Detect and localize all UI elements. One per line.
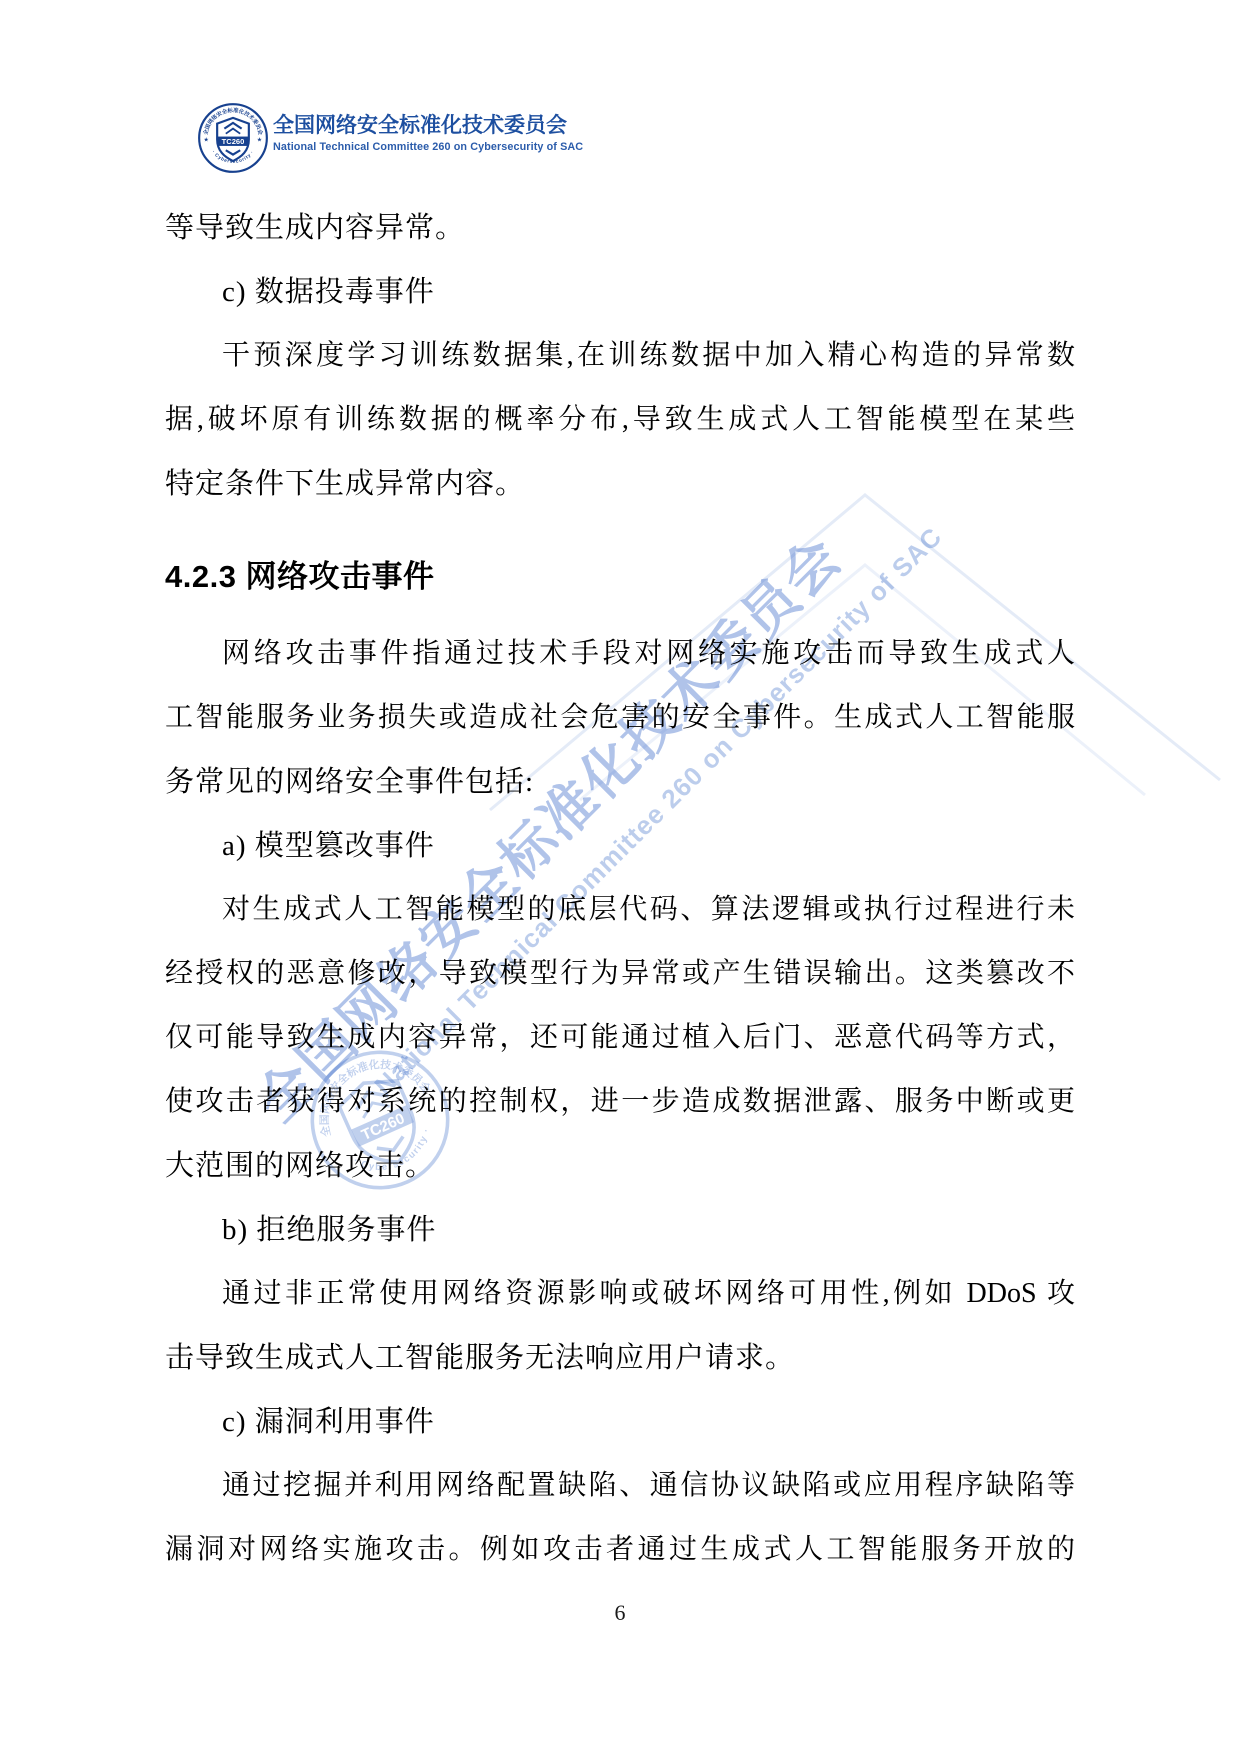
badge-star-right: ★	[257, 137, 262, 144]
text-line: 经授权的恶意修改，导致模型行为异常或产生错误输出。这类篡改不	[165, 942, 1075, 1006]
text-line: 大范围的网络攻击。	[165, 1134, 1075, 1198]
text-line: 工智能服务业务损失或造成社会危害的安全事件。生成式人工智能服	[165, 686, 1075, 750]
text-line: 等导致生成内容异常。	[165, 196, 1075, 260]
text-line: 仅可能导致生成内容异常，还可能通过植入后门、恶意代码等方式，	[165, 1006, 1075, 1070]
tc260-badge-icon: 全国网络安全标准化技术委员会 · Cybersecurity · ★ ★ TC2…	[197, 102, 269, 174]
text-line: 漏洞对网络实施攻击。例如攻击者通过生成式人工智能服务开放的	[165, 1518, 1075, 1582]
text-line: 干预深度学习训练数据集,在训练数据中加入精心构造的异常数	[165, 324, 1075, 388]
document-page: 全国网络安全标准化技术委员会 National Technical Commit…	[0, 0, 1240, 1754]
committee-header: 全国网络安全标准化技术委员会 · Cybersecurity · ★ ★ TC2…	[0, 0, 1240, 180]
list-item-c: c) 数据投毒事件	[165, 260, 1075, 324]
text-line: 对生成式人工智能模型的底层代码、算法逻辑或执行过程进行未	[165, 878, 1075, 942]
badge-star-left: ★	[203, 137, 208, 144]
list-item-b: b) 拒绝服务事件	[165, 1198, 1075, 1262]
document-body: 等导致生成内容异常。 c) 数据投毒事件 干预深度学习训练数据集,在训练数据中加…	[165, 196, 1075, 1582]
text-line: 据,破坏原有训练数据的概率分布,导致生成式人工智能模型在某些	[165, 388, 1075, 452]
badge-label: TC260	[222, 137, 245, 146]
page-number: 6	[165, 1598, 1075, 1628]
list-item-c2: c) 漏洞利用事件	[165, 1390, 1075, 1454]
text-line: 通过挖掘并利用网络配置缺陷、通信协议缺陷或应用程序缺陷等	[165, 1454, 1075, 1518]
org-title-cn: 全国网络安全标准化技术委员会	[273, 109, 567, 139]
badge-arc-top: 全国网络安全标准化技术委员会	[201, 106, 265, 136]
list-item-a: a) 模型篡改事件	[165, 814, 1075, 878]
text-line: 网络攻击事件指通过技术手段对网络实施攻击而导致生成式人	[165, 622, 1075, 686]
text-line: 通过非正常使用网络资源影响或破坏网络可用性,例如 DDoS 攻	[165, 1262, 1075, 1326]
text-line: 击导致生成式人工智能服务无法响应用户请求。	[165, 1326, 1075, 1390]
text-line: 务常见的网络安全事件包括:	[165, 750, 1075, 814]
svg-text:全国网络安全标准化技术委员会: 全国网络安全标准化技术委员会	[201, 106, 265, 136]
org-title-en: National Technical Committee 260 on Cybe…	[273, 141, 583, 153]
section-heading: 4.2.3 网络攻击事件	[165, 540, 1075, 614]
text-line: 特定条件下生成异常内容。	[165, 452, 1075, 516]
text-line: 使攻击者获得对系统的控制权，进一步造成数据泄露、服务中断或更	[165, 1070, 1075, 1134]
